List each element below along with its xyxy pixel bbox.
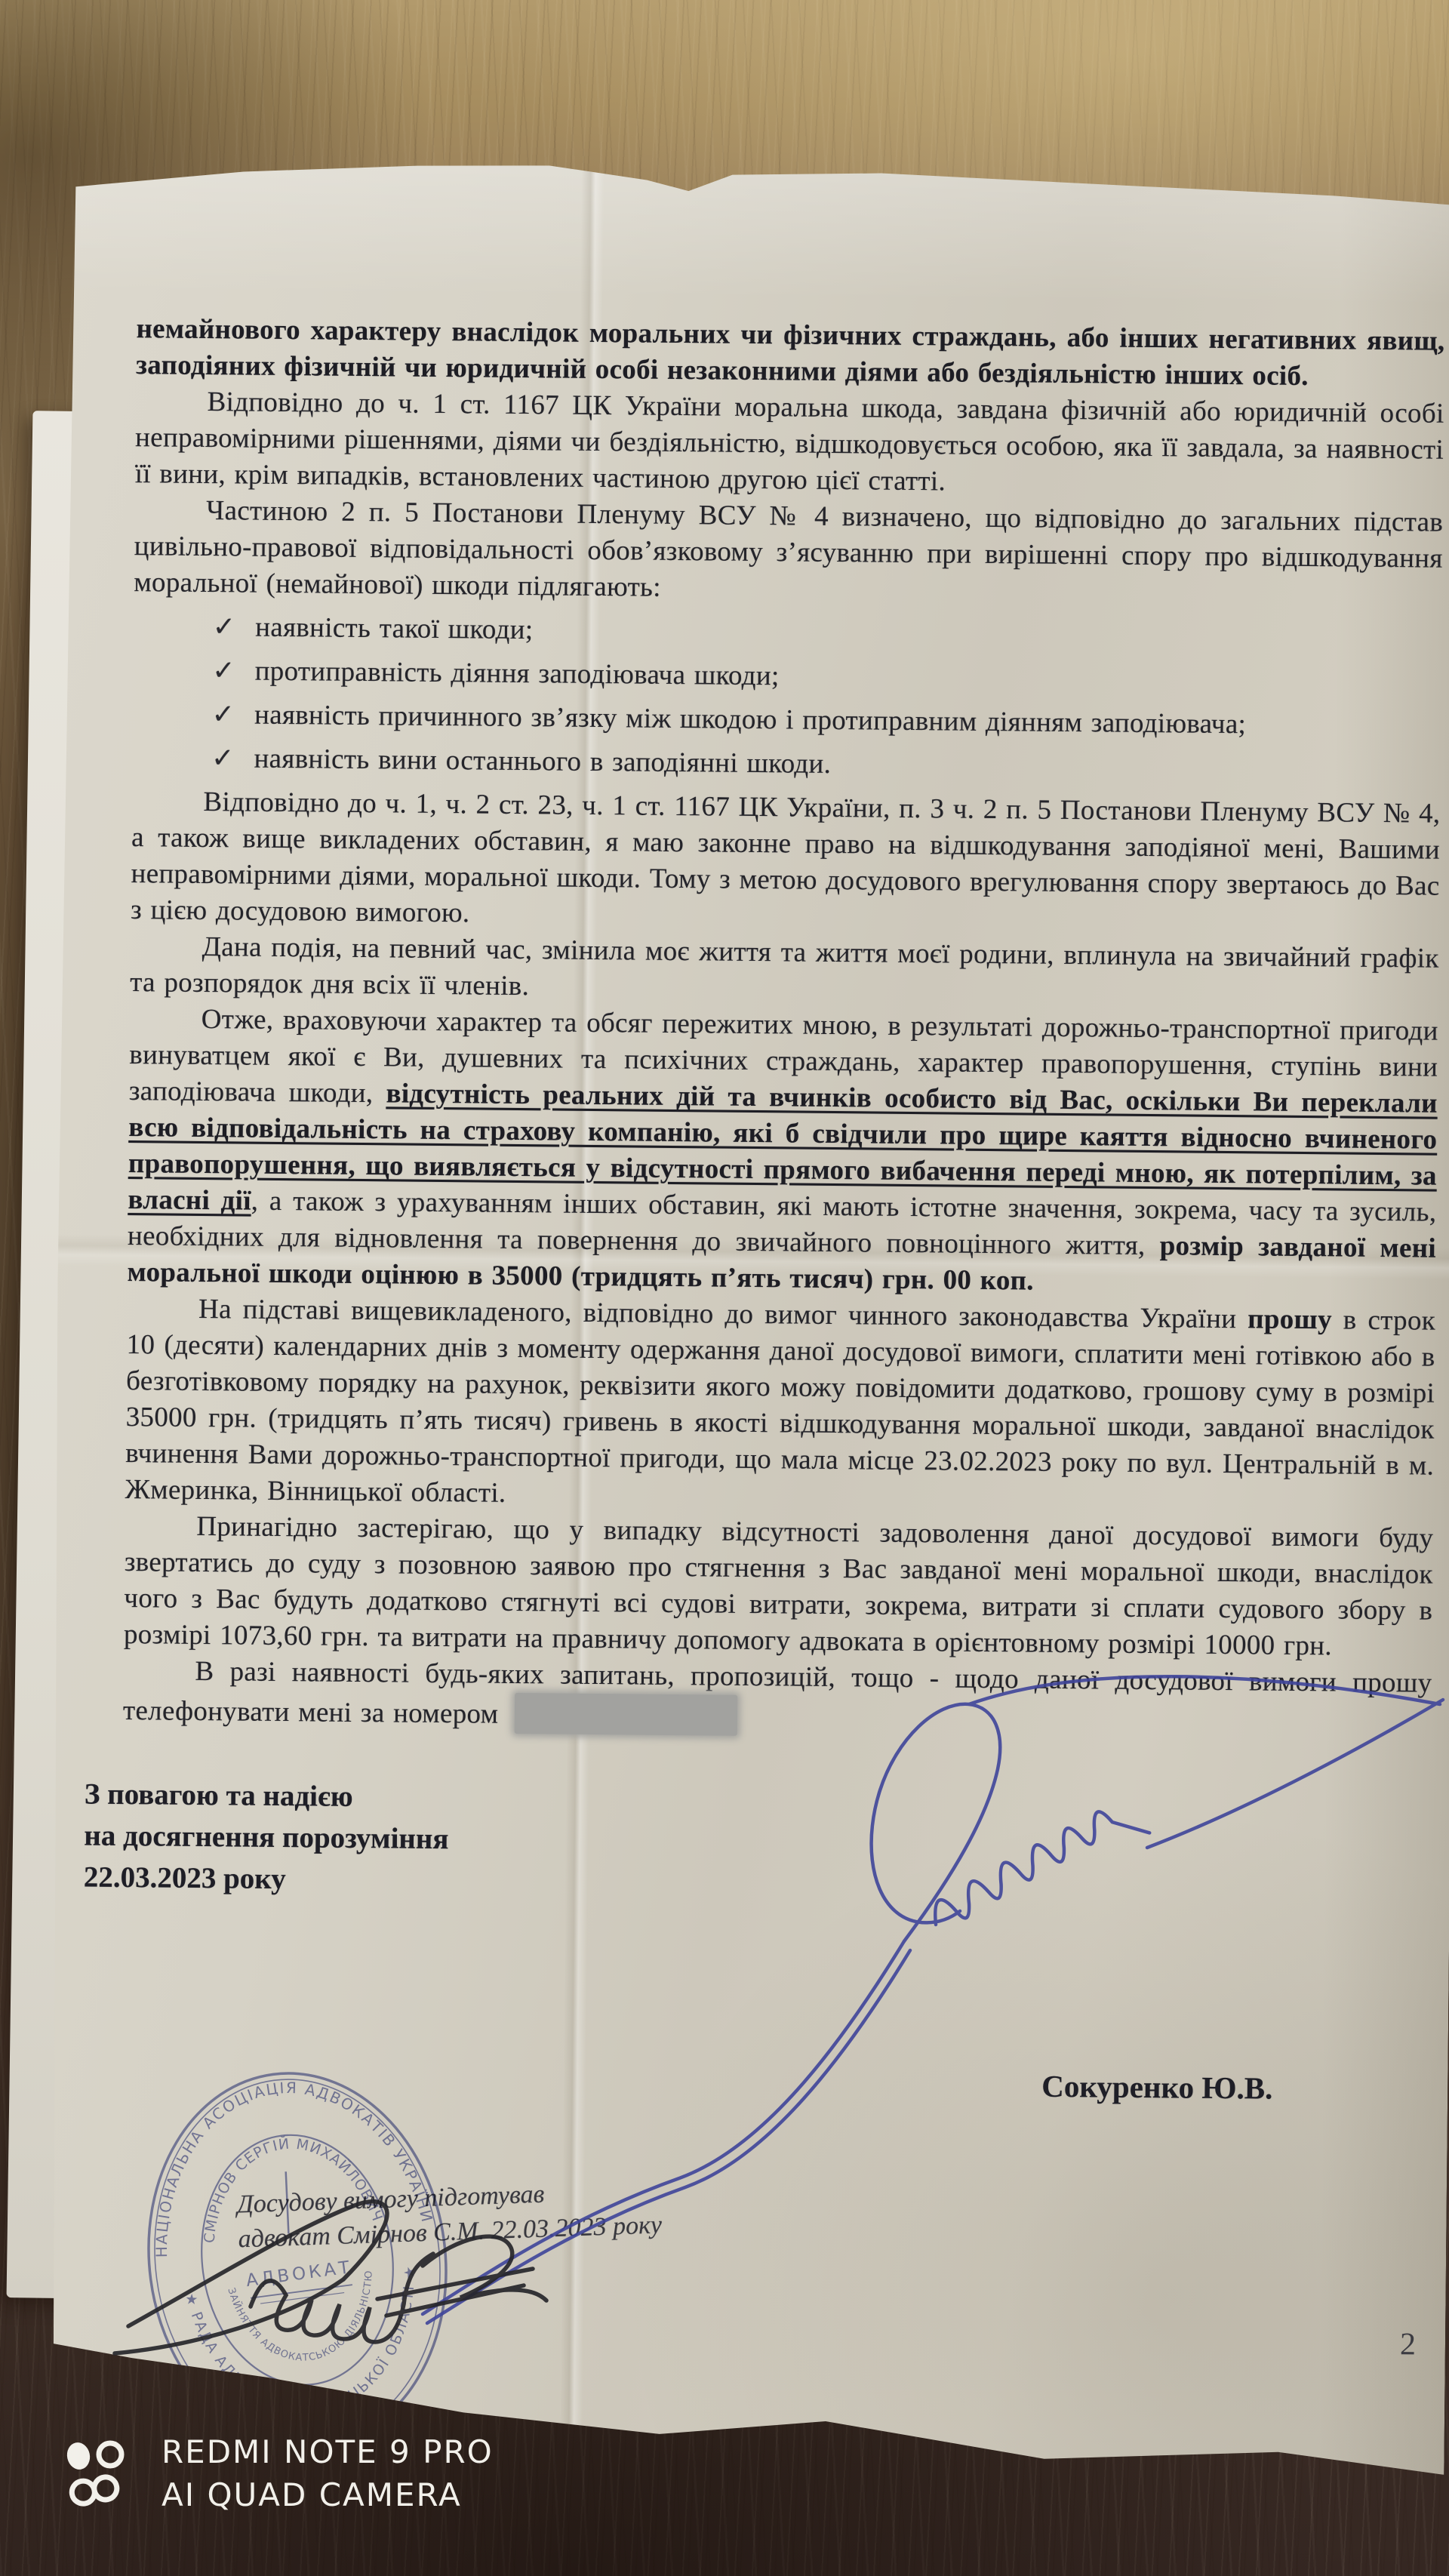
text-run: В разі наявності будь-яких запитань, про…: [123, 1656, 1432, 1730]
text-run: наявність вини останнього в заподіянні ш…: [254, 743, 831, 780]
paragraph: Відповідно до ч. 1, ч. 2 ст. 23, ч. 1 ст…: [131, 783, 1441, 941]
paragraph: Дана подія, на певний час, змінила моє ж…: [130, 928, 1439, 1014]
text-run: наявність причинного зв’язку між шкодою …: [254, 700, 1246, 740]
text-run: Частиною 2 п. 5 Постанови Пленуму ВСУ № …: [134, 495, 1443, 603]
paragraph: Відповідно до ч. 1 ст. 1167 ЦК України м…: [134, 383, 1444, 505]
paragraph: На підставі вищевикладеного, відповідно …: [125, 1291, 1436, 1521]
check-icon: ✓: [211, 697, 235, 733]
text-run: протиправність діяння заподіювача шкоди;: [254, 656, 779, 692]
svg-text:★ РАДА АДВОКАТІВ ВІННИЦЬКОЇ ОБ: ★ РАДА АДВОКАТІВ ВІННИЦЬКОЇ ОБЛАСТІ ★: [182, 2263, 436, 2433]
page-number: 2: [1400, 2326, 1416, 2362]
signatory-name: Сокуренко Ю.В.: [1041, 2068, 1273, 2107]
text-run: наявність такої шкоди;: [255, 612, 534, 646]
photo-of-document: { "document": { "check_glyph": "✓", "par…: [0, 0, 1449, 2576]
text-run: Принагідно застерігаю, що у випадку відс…: [124, 1511, 1434, 1661]
text-run: Дана подія, на певний час, змінила моє ж…: [130, 931, 1439, 1002]
camera-watermark: REDMI NOTE 9 PRO AI QUAD CAMERA: [60, 2435, 494, 2513]
stamp-ring-bottom-text: ★ РАДА АДВОКАТІВ ВІННИЦЬКОЇ ОБЛАСТІ ★: [182, 2263, 436, 2433]
paragraph: немайнового характеру внаслідок моральни…: [136, 311, 1445, 396]
stamp-ring-top-text: НАЦІОНАЛЬНА АСОЦІАЦІЯ АДВОКАТІВ УКРАЇНИ: [132, 2061, 438, 2261]
check-item: ✓протиправність діяння заподіювача шкоди…: [212, 653, 1441, 701]
document-body: немайнового характеру внаслідок моральни…: [48, 153, 1449, 1743]
paragraph: Частиною 2 п. 5 Постанови Пленуму ВСУ № …: [134, 492, 1443, 614]
text-run: Відповідно до ч. 1 ст. 1167 ЦК України м…: [135, 386, 1444, 497]
watermark-device-name: REDMI NOTE 9 PRO: [162, 2435, 494, 2470]
text-run: На підставі вищевикладеного, відповідно …: [198, 1294, 1248, 1334]
closing-block: З повагою та надією на досягнення порозу…: [84, 1774, 1449, 1911]
text-run: прошу: [1247, 1303, 1332, 1335]
text-run: Відповідно до ч. 1, ч. 2 ст. 23, ч. 1 ст…: [131, 786, 1441, 928]
advocate-round-stamp: НАЦІОНАЛЬНА АСОЦІАЦІЯ АДВОКАТІВ УКРАЇНИ …: [129, 2054, 465, 2465]
svg-text:НАЦІОНАЛЬНА АСОЦІАЦІЯ АДВОКАТІ: НАЦІОНАЛЬНА АСОЦІАЦІЯ АДВОКАТІВ УКРАЇНИ: [132, 2061, 438, 2261]
check-icon: ✓: [213, 609, 236, 645]
paragraph: В разі наявності будь-яких запитань, про…: [123, 1653, 1432, 1743]
paragraph: Отже, враховуючи характер та обсяг переж…: [127, 1001, 1438, 1303]
stamp-quill-mark: [281, 2171, 294, 2233]
watermark-camera-label: AI QUAD CAMERA: [162, 2478, 494, 2513]
text-run: немайнового характеру внаслідок моральни…: [136, 313, 1445, 392]
quad-camera-logo-icon: [60, 2435, 136, 2512]
text-run: в строк 10 (десяти) календарних днів з м…: [125, 1304, 1436, 1509]
document-page: немайнового характеру внаслідок моральни…: [40, 153, 1449, 2484]
check-item: ✓наявність вини останнього в заподіянні …: [211, 740, 1441, 789]
check-item: ✓наявність причинного зв’язку між шкодою…: [211, 697, 1441, 745]
check-icon: ✓: [211, 740, 235, 777]
check-item: ✓наявність такої шкоди;: [213, 609, 1442, 657]
stamp-center-text: АДВОКАТ: [245, 2257, 354, 2291]
check-icon: ✓: [212, 653, 235, 689]
paragraph: Принагідно застерігаю, що у випадку відс…: [124, 1508, 1434, 1666]
redacted-phone-number: [515, 1693, 738, 1736]
